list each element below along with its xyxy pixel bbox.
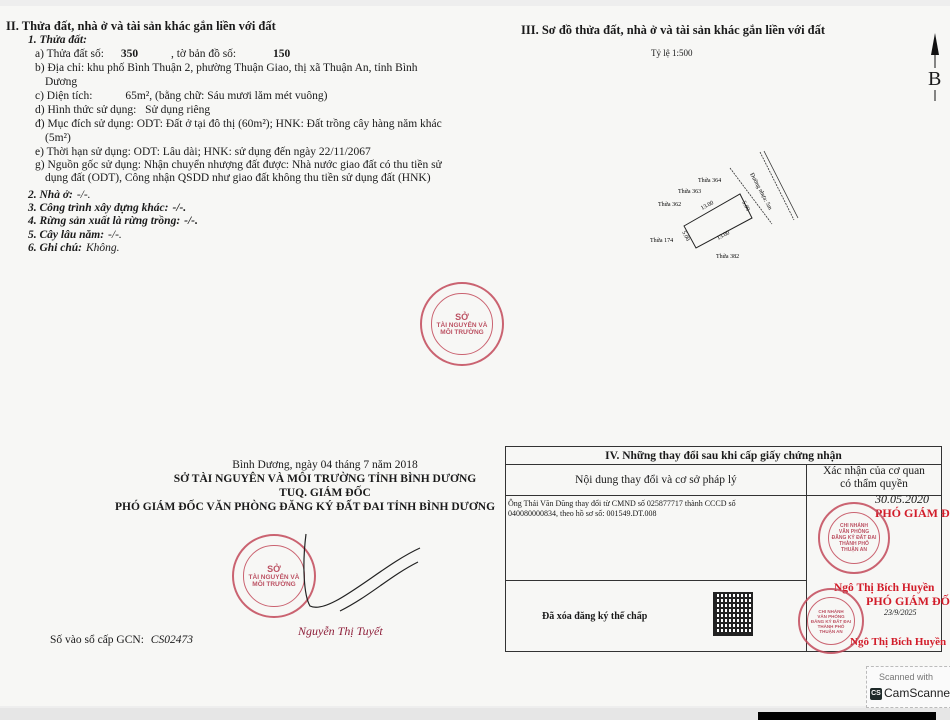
camscanner-logo-icon: CS — [870, 688, 882, 700]
watermark-line2: CamScanner — [884, 686, 950, 700]
section-4-title: IV. Những thay đổi sau khi cấp giấy chứn… — [506, 447, 942, 465]
parcel-363-label: Thửa 363 — [678, 189, 701, 195]
entry2-date: 23/9/2025 — [884, 608, 916, 617]
map-value: 150 — [273, 48, 290, 60]
certificate-page: II. Thửa đất, nhà ở và tài sản khác gắn … — [0, 6, 950, 706]
signature-block: Bình Dương, ngày 04 tháng 7 năm 2018 SỞ … — [150, 458, 500, 514]
entry1-date: 30.05.2020 — [875, 492, 929, 507]
area-row: c) Diện tích: 65m², (bằng chữ: Sáu mươi … — [35, 90, 328, 103]
parcel-label: a) Thửa đất số: — [35, 48, 104, 60]
registry-value: CS02473 — [151, 634, 193, 646]
qr-code-icon — [713, 592, 753, 636]
col-confirm-header-line1: Xác nhận của cơ quan — [807, 465, 941, 478]
bottom-black-block — [758, 712, 936, 720]
stamp-line2: TÀI NGUYÊN VÀ — [437, 322, 488, 329]
section-2-title: II. Thửa đất, nhà ở và tài sản khác gắn … — [6, 19, 276, 34]
registry-row: Số vào sổ cấp GCN: CS02473 — [50, 634, 193, 646]
parcel-diagram: Thửa 364 Thửa 363 Thửa 362 Thửa 174 Thửa… — [630, 146, 830, 266]
entry2-signer: Ngô Thị Bích Huyền — [850, 636, 946, 648]
change-content-1-line1: Ông Thái Văn Dũng thay đổi từ CMND số 02… — [508, 499, 804, 509]
usage-form-row: d) Hình thức sử dụng: Sử dụng riêng — [35, 104, 210, 117]
change-content-2-line1: Đã xóa đăng ký thế chấp — [542, 611, 647, 622]
camscanner-watermark: Scanned with CS CamScanner — [866, 666, 950, 708]
note-label: 6. Ghi chú: — [28, 242, 82, 254]
note-row: 6. Ghi chú: Không. — [28, 238, 120, 256]
note-value: Không. — [86, 242, 120, 254]
term-line: e) Thời hạn sử dụng: ODT: Lâu dài; HNK: … — [35, 146, 371, 159]
entry1-signer: Ngô Thị Bích Huyền — [834, 582, 934, 594]
stamp-line3: MÔI TRƯỜNG — [440, 329, 483, 336]
signature-date: Bình Dương, ngày 04 tháng 7 năm 2018 — [150, 458, 500, 472]
svg-text:Đường nhựa: 5m: Đường nhựa: 5m — [748, 172, 773, 211]
origin-line2: dụng đất (ODT), Công nhận QSDD như giao … — [45, 172, 431, 185]
signature-org: SỞ TÀI NGUYÊN VÀ MÔI TRƯỜNG TỈNH BÌNH DƯ… — [150, 472, 500, 486]
address-line1: b) Địa chỉ: khu phố Bình Thuận 2, phường… — [35, 62, 418, 75]
stamp-line3: MÔI TRƯỜNG — [252, 581, 295, 588]
branch-stamp-2-line5: THUẬN AN — [819, 629, 842, 634]
parcel-value: 350 — [121, 48, 138, 60]
usage-form-label: d) Hình thức sử dụng: — [35, 104, 136, 116]
parcel-364-label: Thửa 364 — [698, 178, 721, 184]
change-content-1: Ông Thái Văn Dũng thay đổi từ CMND số 02… — [506, 496, 807, 581]
watermark-line1: Scanned with — [879, 672, 933, 682]
north-label: B — [928, 68, 941, 90]
parcel-number-row: a) Thửa đất số: 350 , tờ bản đồ số: 150 — [35, 48, 290, 61]
department-stamp-top: SỞ TÀI NGUYÊN VÀ MÔI TRƯỜNG — [420, 282, 504, 366]
signer-name: Nguyễn Thị Tuyết — [298, 624, 383, 639]
address-line2: Dương — [45, 76, 77, 89]
land-heading: 1. Thửa đất: — [28, 34, 87, 46]
area-value: 65m², (bằng chữ: Sáu mươi lăm mét vuông) — [125, 90, 327, 102]
svg-text:5.00: 5.00 — [680, 230, 690, 242]
stamp-line1: SỞ — [267, 564, 281, 574]
signature-scribble-icon — [300, 526, 430, 626]
entry2-title: PHÓ GIÁM ĐỐC — [866, 594, 950, 609]
signature-role1: TUQ. GIÁM ĐỐC — [150, 486, 500, 500]
stamp-line1: SỞ — [455, 312, 469, 322]
registry-label: Số vào sổ cấp GCN: — [50, 634, 144, 646]
branch-stamp-1: CHI NHÁNH VĂN PHÒNG ĐĂNG KÝ ĐẤT ĐAI THÀN… — [818, 502, 890, 574]
col-confirm-header-line2: có thẩm quyền — [807, 478, 941, 491]
entry1-title: PHÓ GIÁM ĐỐC — [875, 506, 950, 521]
branch-stamp-1-line5: THUẬN AN — [841, 547, 867, 553]
svg-text:5.00: 5.00 — [740, 200, 750, 212]
change-content-1-line2: 040080000834, theo hồ sơ số: 001549.DT.0… — [508, 509, 804, 519]
col-confirm-header: Xác nhận của cơ quan có thẩm quyền — [807, 465, 942, 496]
area-label: c) Diện tích: — [35, 90, 92, 102]
parcel-382-label: Thửa 382 — [716, 254, 739, 260]
purpose-line2: (5m²) — [45, 132, 71, 145]
parcel-174-label: Thửa 174 — [650, 238, 673, 244]
section-3-title: III. Sơ đồ thửa đất, nhà ở và tài sản kh… — [521, 23, 825, 38]
purpose-line1: đ) Mục đích sử dụng: ODT: Đất ở tại đô t… — [35, 118, 442, 131]
svg-text:13.00: 13.00 — [716, 230, 731, 242]
usage-form-value: Sử dụng riêng — [145, 104, 210, 116]
map-label: , tờ bản đồ số: — [171, 48, 236, 60]
signature-role2: PHÓ GIÁM ĐỐC VĂN PHÒNG ĐĂNG KÝ ĐẤT ĐAI T… — [110, 500, 500, 514]
col-content-header: Nội dung thay đổi và cơ sở pháp lý — [506, 465, 807, 496]
forest-value: -/-. — [184, 215, 198, 227]
change-content-2: Đã xóa đăng ký thế chấp — [506, 581, 807, 652]
stamp-line2: TÀI NGUYÊN VÀ — [249, 574, 300, 581]
parcel-362-label: Thửa 362 — [658, 202, 681, 208]
origin-line1: g) Nguồn gốc sử dụng: Nhận chuyển nhượng… — [35, 159, 442, 172]
map-scale: Tỷ lệ 1:500 — [651, 48, 693, 58]
